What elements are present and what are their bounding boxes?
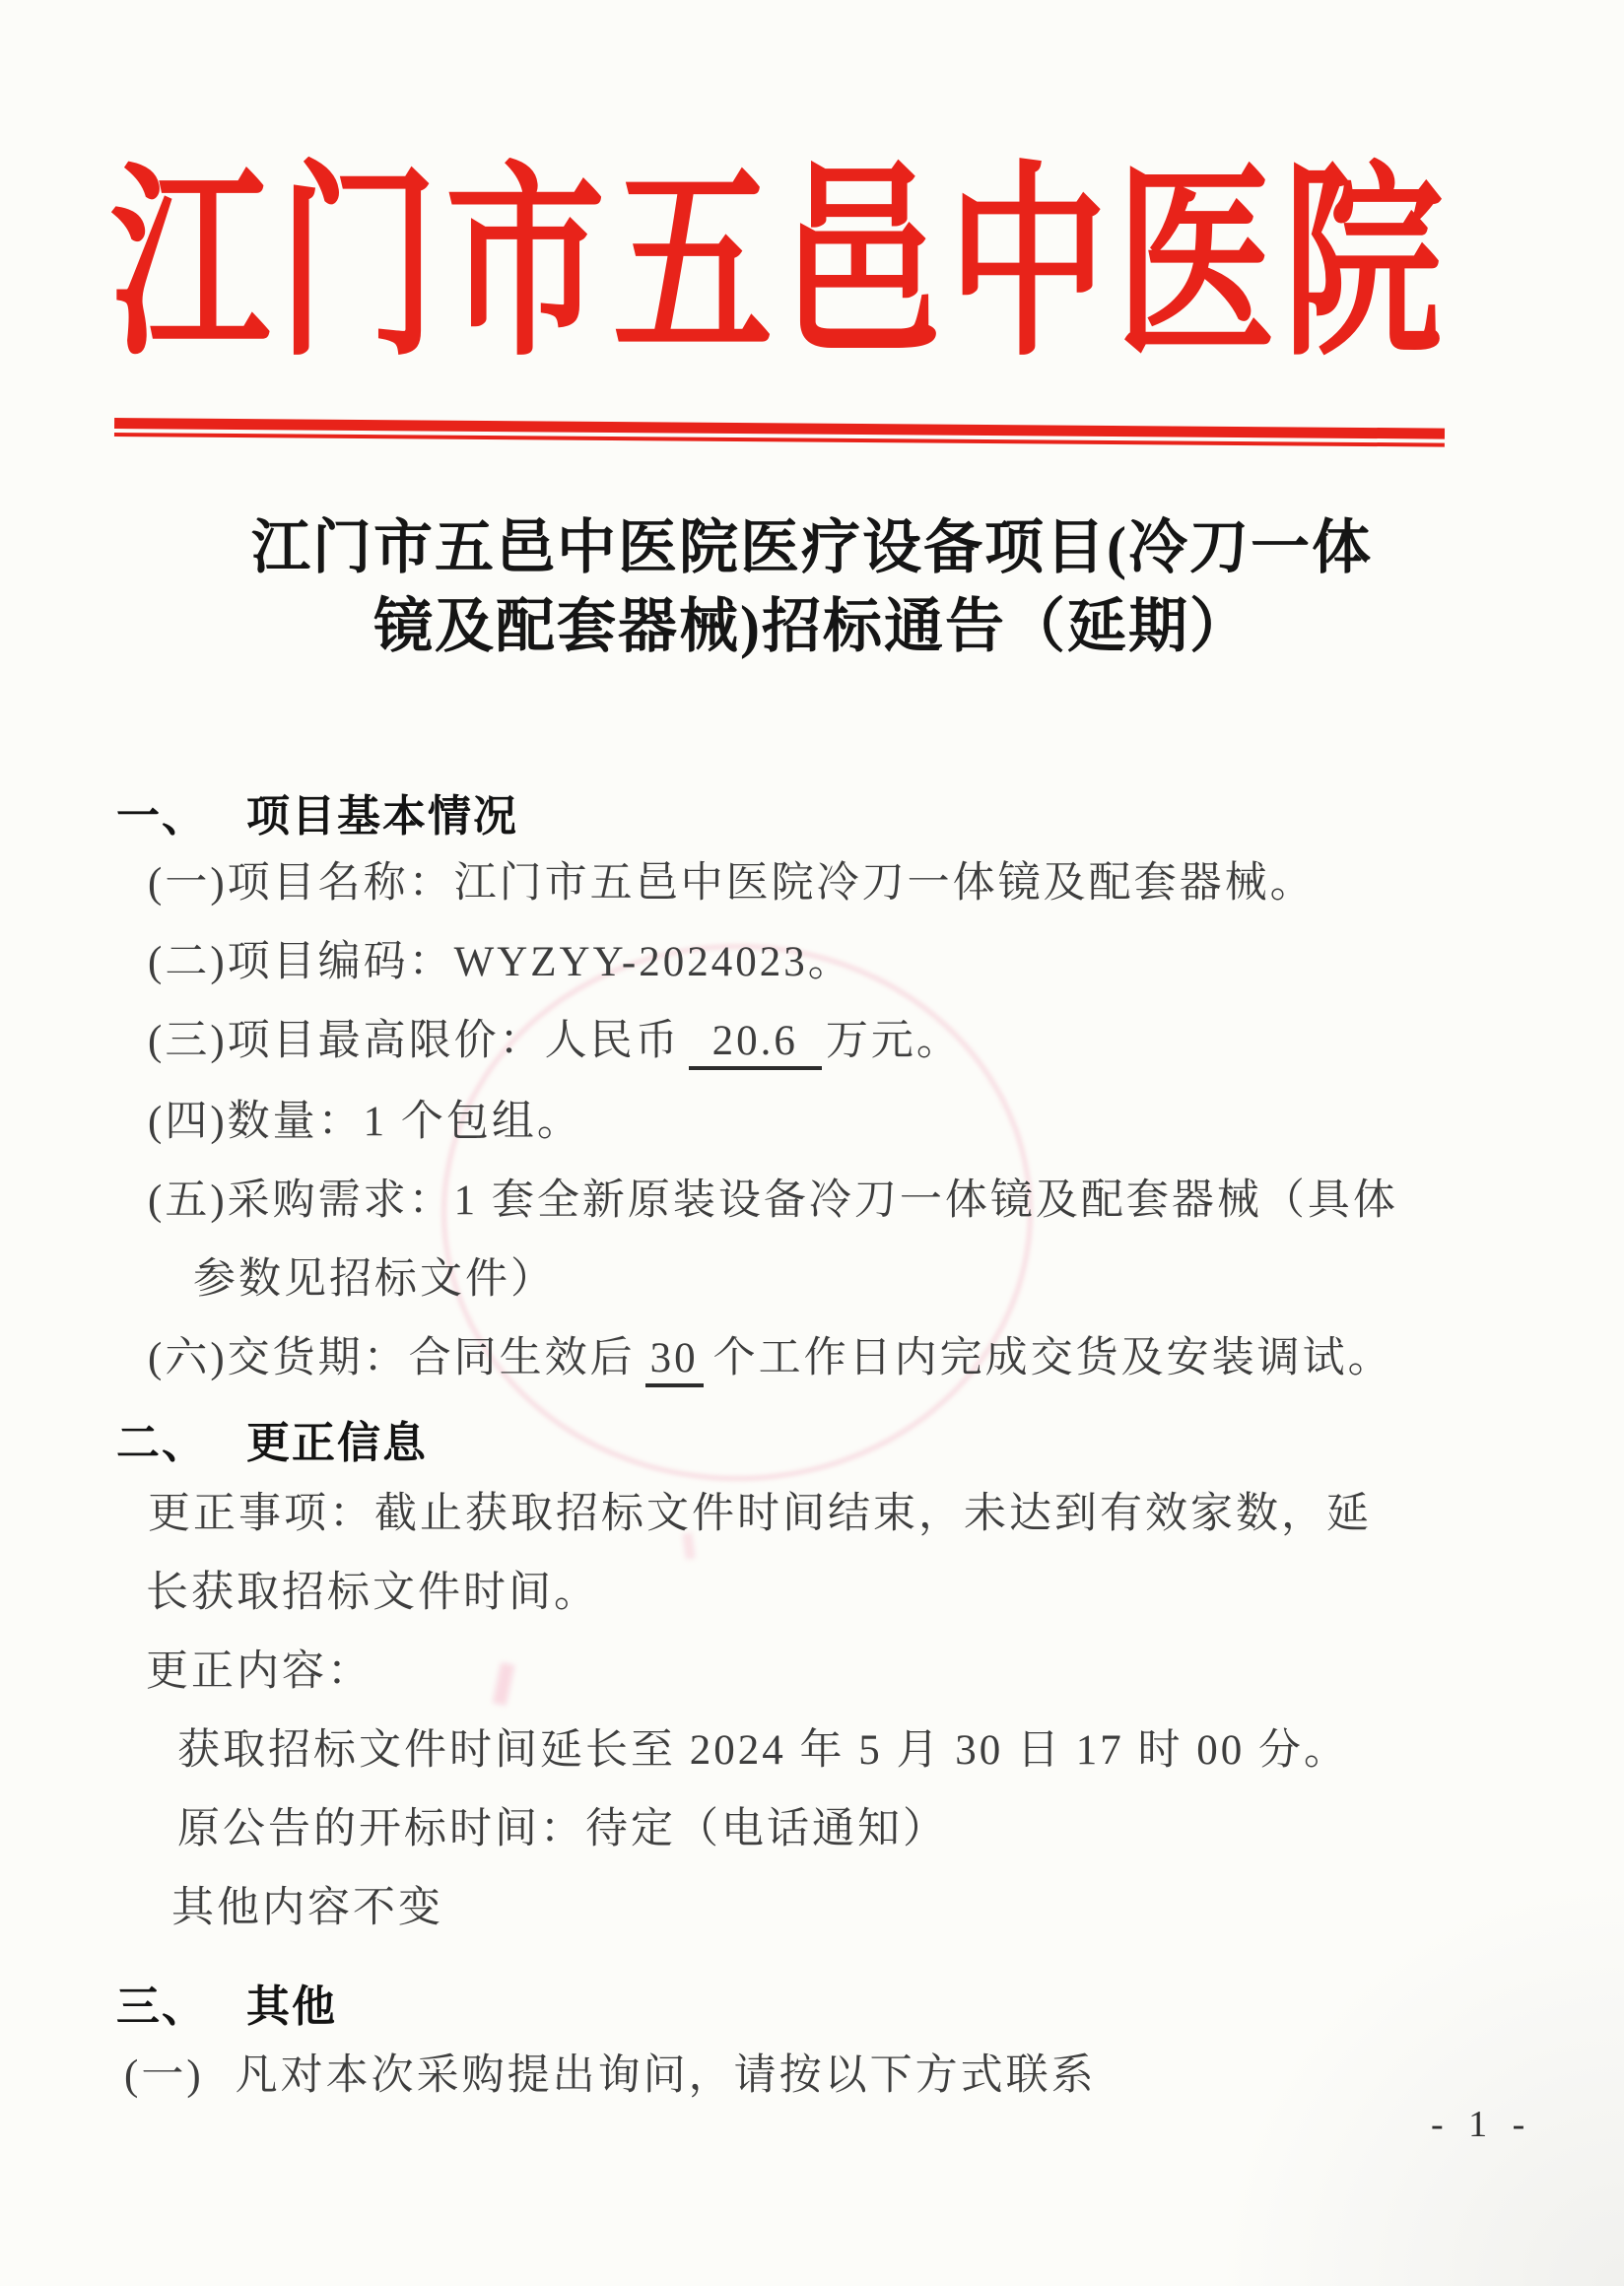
- red-double-rule: [114, 418, 1445, 452]
- item-max-price: (三)项目最高限价：人民币20.6万元。: [148, 1017, 962, 1067]
- correction-detail-bid-opening: 原公告的开标时间：待定（电话通知）: [177, 1805, 948, 1855]
- document-title-line-2: 镜及配套器械)招标通告（延期）: [93, 587, 1531, 666]
- section-3-title: 其他: [246, 1983, 337, 2031]
- section-3-heading: 三、其他: [116, 1971, 337, 2034]
- item-delivery-prefix: (六)交货期：合同生效后: [148, 1335, 636, 1381]
- other-contact-line: (一)凡对本次采购提出询问，请按以下方式联系: [124, 2051, 1097, 2102]
- item-max-price-prefix: (三)项目最高限价：人民币: [148, 1018, 681, 1064]
- max-price-value: 20.6: [689, 1018, 822, 1070]
- item-project-name: (一)项目名称：江门市五邑中医院冷刀一体镜及配套器械。: [148, 859, 1316, 909]
- item-project-code: (二)项目编码：WYZYY-2024023。: [148, 938, 853, 988]
- section-1-heading: 一、项目基本情况: [116, 780, 518, 843]
- correction-matter-line-1: 更正事项：截止获取招标文件时间结束，未达到有效家数，延: [148, 1490, 1372, 1540]
- item-delivery-period: (六)交货期：合同生效后30个工作日内完成交货及安装调试。: [148, 1334, 1393, 1384]
- stamp-ink-smudge: [493, 1662, 514, 1706]
- section-1-title: 项目基本情况: [246, 792, 518, 840]
- document-title: 江门市五邑中医院医疗设备项目(冷刀一体 镜及配套器械)招标通告（延期）: [93, 508, 1531, 666]
- section-3-number: 三、: [116, 1983, 207, 2031]
- item-quantity: (四)数量：1 个包组。: [148, 1098, 582, 1148]
- section-1-number: 一、: [116, 792, 207, 840]
- section-2-heading: 二、更正信息: [116, 1407, 428, 1470]
- item-procurement-demand-line-1: (五)采购需求：1 套全新原装设备冷刀一体镜及配套器械（具体: [148, 1177, 1398, 1227]
- item-procurement-demand-line-2: 参数见招标文件）: [193, 1255, 556, 1306]
- correction-content-label: 更正内容：: [146, 1647, 372, 1698]
- hospital-name-header: 江门市五邑中医院: [110, 164, 1443, 371]
- other-item-text: 凡对本次采购提出询问，请按以下方式联系: [236, 2052, 1097, 2099]
- item-delivery-suffix: 个工作日内完成交货及安装调试。: [713, 1335, 1393, 1381]
- document-page: 江门市五邑中医院 江门市五邑中医院医疗设备项目(冷刀一体 镜及配套器械)招标通告…: [0, 0, 1624, 2286]
- page-number: - 1 -: [1431, 2103, 1532, 2146]
- document-title-line-1: 江门市五邑中医院医疗设备项目(冷刀一体: [93, 508, 1531, 587]
- section-2-title: 更正信息: [246, 1419, 428, 1467]
- delivery-days-value: 30: [645, 1335, 704, 1387]
- correction-matter-line-2: 长获取招标文件时间。: [146, 1569, 599, 1619]
- scan-shadow: [1210, 1872, 1624, 2286]
- correction-detail-unchanged: 其他内容不变: [171, 1884, 443, 1934]
- correction-detail-deadline: 获取招标文件时间延长至 2024 年 5 月 30 日 17 时 00 分。: [177, 1726, 1349, 1777]
- section-2-number: 二、: [116, 1419, 207, 1467]
- item-max-price-suffix: 万元。: [826, 1018, 962, 1064]
- other-item-number: (一): [124, 2052, 204, 2099]
